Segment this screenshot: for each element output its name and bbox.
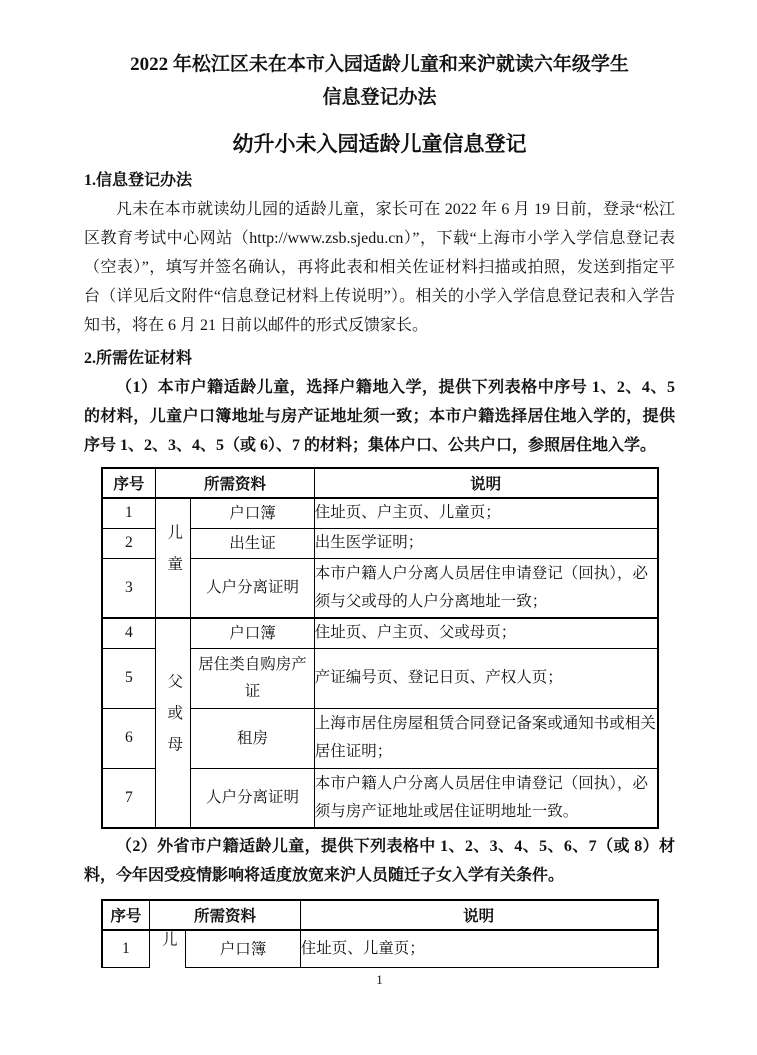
table-header-row: 序号 所需资料 说明 — [102, 468, 658, 498]
document-title-line2: 信息登记办法 — [84, 81, 675, 114]
section-1-heading: 1.信息登记办法 — [84, 166, 675, 195]
group-label: 儿童 — [162, 524, 184, 587]
item-cell: 人户分离证明 — [191, 768, 314, 828]
page-number: 1 — [84, 973, 675, 987]
desc-cell: 产证编号页、登记日页、产权人页； — [314, 648, 657, 708]
item-cell: 户口簿 — [186, 930, 300, 968]
header-seq-cell: 序号 — [102, 468, 156, 498]
desc-cell: 出生医学证明； — [314, 528, 657, 558]
item-cell: 户口簿 — [191, 498, 314, 528]
group-label: 儿 — [157, 931, 179, 963]
nonlocal-household-materials-table: 序号 所需资料 说明 1 儿 户口簿 住址页、儿童页； — [101, 899, 659, 968]
header-seq-cell: 序号 — [102, 900, 150, 930]
desc-cell: 上海市居住房屋租赁合同登记备案或通知书或相关居住证明； — [314, 708, 657, 768]
header-materials-cell: 所需资料 — [150, 900, 301, 930]
seq-cell: 5 — [102, 648, 156, 708]
group-cell-child-continued: 儿 — [150, 930, 186, 968]
desc-cell: 住址页、儿童页； — [300, 930, 657, 968]
item-cell: 租房 — [191, 708, 314, 768]
item-cell: 人户分离证明 — [191, 558, 314, 618]
document-subtitle: 幼升小未入园适龄儿童信息登记 — [84, 128, 675, 162]
group-cell-parent: 父或母 — [156, 618, 191, 828]
section-2-paragraph-2: （2）外省市户籍适龄儿童，提供下列表格中 1、2、3、4、5、6、7（或 8）材… — [84, 832, 675, 890]
seq-cell: 2 — [102, 528, 156, 558]
page-content: 2022 年松江区未在本市入园适龄儿童和来沪就读六年级学生 信息登记办法 幼升小… — [0, 0, 757, 987]
table-row: 1 儿童 户口簿 住址页、户主页、儿童页； — [102, 498, 658, 528]
section-1-paragraph: 凡未在本市就读幼儿园的适龄儿童，家长可在 2022 年 6 月 19 日前，登录… — [84, 195, 675, 340]
local-household-materials-table: 序号 所需资料 说明 1 儿童 户口簿 住址页、户主页、儿童页； 2 出生证 出… — [101, 467, 659, 829]
item-cell: 出生证 — [191, 528, 314, 558]
item-cell: 居住类自购房产证 — [191, 648, 314, 708]
item-cell: 户口簿 — [191, 618, 314, 648]
header-materials-cell: 所需资料 — [156, 468, 315, 498]
desc-cell: 住址页、户主页、儿童页； — [314, 498, 657, 528]
header-desc-cell: 说明 — [314, 468, 657, 498]
desc-cell: 本市户籍人户分离人员居住申请登记（回执），必须与父或母的人户分离地址一致； — [314, 558, 657, 618]
seq-cell: 1 — [102, 930, 150, 968]
document-page: 2022 年松江区未在本市入园适龄儿童和来沪就读六年级学生 信息登记办法 幼升小… — [0, 0, 757, 1055]
document-title-line1: 2022 年松江区未在本市入园适龄儿童和来沪就读六年级学生 — [84, 48, 675, 81]
seq-cell: 4 — [102, 618, 156, 648]
seq-cell: 6 — [102, 708, 156, 768]
group-label: 父或母 — [162, 673, 184, 768]
table-row: 4 父或母 户口簿 住址页、户主页、父或母页； — [102, 618, 658, 648]
document-title: 2022 年松江区未在本市入园适龄儿童和来沪就读六年级学生 信息登记办法 — [84, 48, 675, 114]
table-row: 1 儿 户口簿 住址页、儿童页； — [102, 930, 658, 968]
desc-cell: 住址页、户主页、父或母页； — [314, 618, 657, 648]
section-2-paragraph-1: （1）本市户籍适龄儿童，选择户籍地入学，提供下列表格中序号 1、2、4、5 的材… — [84, 373, 675, 460]
group-cell-child: 儿童 — [156, 498, 191, 618]
seq-cell: 7 — [102, 768, 156, 828]
desc-cell: 本市户籍人户分离人员居住申请登记（回执），必须与房产证地址或居住证明地址一致。 — [314, 768, 657, 828]
table-header-row: 序号 所需资料 说明 — [102, 900, 658, 930]
seq-cell: 3 — [102, 558, 156, 618]
section-2-heading: 2.所需佐证材料 — [84, 344, 675, 373]
header-desc-cell: 说明 — [300, 900, 657, 930]
seq-cell: 1 — [102, 498, 156, 528]
